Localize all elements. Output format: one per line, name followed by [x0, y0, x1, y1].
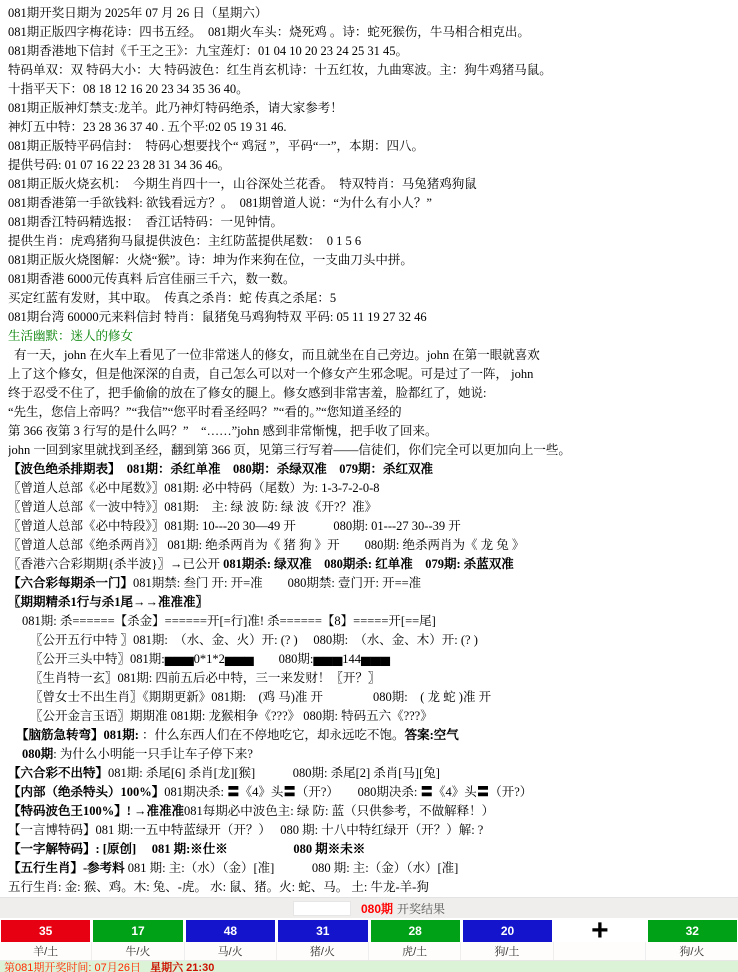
text-lines: 081期开奖日期为 2025年 07 月 26 日（星期六）081期正版四字梅花…	[8, 4, 738, 897]
text-line: 〖期期精杀1行与杀1尾→→准准准〗	[8, 593, 738, 612]
text-line: 081期正版火烧玄机： 今期生肖四十一，山谷深处兰花香。 特双特肖：马兔猪鸡狗鼠	[8, 175, 738, 194]
lottery-text-area: 081期开奖日期为 2025年 07 月 26 日（星期六）081期正版四字梅花…	[0, 0, 738, 897]
result-ball: 28	[371, 920, 460, 942]
result-ball-label: 狗/土	[461, 942, 553, 960]
text-line: john 一回到家里就找到圣经，翻到第 366 页，见第三行写着——信徒们，你们…	[8, 441, 738, 460]
text-line: 081期香港第一手欲钱料: 欲钱看远方？。 081期曾道人说：“为什么有小人？”	[8, 194, 738, 213]
text-line: 特码单双：双 特码大小：大 特码波色：红生肖玄机诗：十五红妆，九曲寒波。主：狗牛…	[8, 61, 738, 80]
text-line: 第 366 夜第 3 行写的是什么吗？” “……”john 感到非常惭愧，把手收…	[8, 422, 738, 441]
text-line: 081期开奖日期为 2025年 07 月 26 日（星期六）	[8, 4, 738, 23]
result-ball-label	[554, 942, 646, 960]
text-line: 〖曾道人总部《绝杀两肖》〗 081期: 绝杀两肖为《 猪 狗 》开 080期: …	[8, 536, 738, 555]
text-line: 神灯五中特：23 28 36 37 40 . 五个平:02 05 19 31 4…	[8, 118, 738, 137]
text-line: 提供生肖：虎鸡猪狗马鼠提供波色：主红防蓝提供尾数： 0 1 5 6	[8, 232, 738, 251]
text-line: 〖公开三头中特〗081期:▅▅▅0*1*2▅▅▅ 080期:▅▅▅144▅▅▅	[8, 650, 738, 669]
text-line: 081期: 杀======【杀金】======开[=行]准! 杀======【8…	[8, 612, 738, 631]
text-line: 〖曾女士不出生肖〗《期期更新》081期: (鸡 马)准 开 080期: ( 龙 …	[8, 688, 738, 707]
text-line: 081期香港地下信封《千王之王》：九宝莲灯：01 04 10 20 23 24 …	[8, 42, 738, 61]
next-draw-bar: 第081期开奖时间: 07月26日 星期六 21:30	[0, 961, 738, 972]
result-ball-label: 虎/土	[369, 942, 461, 960]
text-line: 【六合彩不出特】081期: 杀尾[6] 杀肖[龙][猴] 080期: 杀尾[2]…	[8, 764, 738, 783]
result-ball: 17	[93, 920, 182, 942]
next-draw-time: 第081期开奖时间: 07月26日	[4, 962, 141, 972]
period-input[interactable]	[293, 901, 351, 916]
text-line: 〖公开五行中特 〗081期: （水、金、火）开: (? ) 080期: （水、金…	[8, 631, 738, 650]
plus-separator: +	[555, 920, 644, 942]
text-line: 〖公开金言玉语〗期期准 081期: 龙猴相争《???》 080期: 特码五六《?…	[8, 707, 738, 726]
text-line: 081期香江特码精选报： 香江话特码：一见钟情。	[8, 213, 738, 232]
text-line: 081期正版特平码信封： 特码心想要找个“ 鸡冠 ”，平码“一”，本期：四八。	[8, 137, 738, 156]
text-line: 十指平天下：08 18 12 16 20 23 34 35 36 40。	[8, 80, 738, 99]
text-line: 【脑筋急转弯】081期: ：什么东西人们在不停地吃它，却永远吃不饱。答案:空气	[8, 726, 738, 745]
result-ball: 32	[648, 920, 737, 942]
text-line: 081期台湾 60000元来料信封 特肖：鼠猪兔马鸡狗特双 平码: 05 11 …	[8, 308, 738, 327]
result-header-bar: 080期 开奖结果	[0, 897, 738, 918]
result-ball-label: 羊/土	[0, 942, 92, 960]
result-header-label: 开奖结果	[397, 900, 445, 917]
text-line: 〖香港六合彩期期{杀半波}〗→已公开 081期杀: 绿双准 080期杀: 红单准…	[8, 555, 738, 574]
text-line: 〖曾道人总部《一波中特》〗081期: 主: 绿 波 防: 绿 波《开?？准》	[8, 498, 738, 517]
text-line: 买定红蓝有发财，其中取。 传真之杀肖：蛇 传真之杀尾：5	[8, 289, 738, 308]
text-line: 【内部（绝杀特头）100%】081期决杀: 〓《4》头〓（开?） 080期决杀:…	[8, 783, 738, 802]
text-line: 080期: 为什么小明能一只手让车子停下来?	[8, 745, 738, 764]
result-ball: 35	[1, 920, 90, 942]
text-line: 提供号码: 01 07 16 22 23 28 31 34 36 46。	[8, 156, 738, 175]
text-line: 【特码波色王100%】! →准准准081每期必中波色主: 绿 防: 蓝（只供参考…	[8, 802, 738, 821]
text-line: 【五行生肖】-参考料 081 期: 主:（水）（金）[准] 080 期: 主:（…	[8, 859, 738, 878]
next-draw-weekday: 星期六 21:30	[150, 962, 214, 972]
result-ball: 48	[186, 920, 275, 942]
text-line: 生活幽默：迷人的修女	[8, 327, 738, 346]
result-period: 080期	[361, 900, 393, 917]
result-ball: 20	[463, 920, 552, 942]
result-labels-row: 羊/土牛/火马/火猪/火虎/土狗/土狗/火	[0, 942, 738, 961]
text-line: 【波色绝杀排期表】 081期：杀红单准 080期：杀绿双准 079期：杀红双准	[8, 460, 738, 479]
text-line: 上了这个修女，但是他深深的自责，自己怎么可以对一个修女产生邪念呢。可是过了一阵，…	[8, 365, 738, 384]
text-line: 【一言博特码】081 期:一五中特蓝绿开（开？） 080 期: 十八中特红绿开（…	[8, 821, 738, 840]
text-line: 081期正版神灯禁支:龙羊。此乃神灯特码绝杀，请大家参考！	[8, 99, 738, 118]
result-ball-label: 马/火	[185, 942, 277, 960]
text-line: 【六合彩每期杀一门】081期禁: 叁门 开: 开=准 080期禁: 壹门开: 开…	[8, 574, 738, 593]
text-line: 【一字解特码】: [原创] 081 期:※仕※ 080 期※未※	[8, 840, 738, 859]
text-line: “先生，您信上帝吗？”“我信”“您平时看圣经吗？”“看的。”“您知道圣经的	[8, 403, 738, 422]
text-line: 终于忍受不住了，把手偷偷的放在了修女的腿上。修女感到非常害羞，脸都红了，她说:	[8, 384, 738, 403]
result-balls-row: 351748312820+32	[0, 918, 738, 942]
text-line: 五行生肖: 金: 猴、鸡。木: 兔、-虎。 水: 鼠、猪。火: 蛇、马。 土: …	[8, 878, 738, 897]
text-line: 〖生肖特一玄〗081期: 四前五后必中特，三一来发财！〖开？〗	[8, 669, 738, 688]
text-line: 081期正版四字梅花诗：四书五经。 081期火车头：烧死鸡 。诗：蛇死猴伤，牛马…	[8, 23, 738, 42]
result-ball-label: 狗/火	[646, 942, 738, 960]
text-line: 〖曾道人总部《必中尾数》〗081期: 必中特码（尾数）为: 1-3-7-2-0-…	[8, 479, 738, 498]
result-ball-label: 牛/火	[92, 942, 184, 960]
text-line: 〖曾道人总部《必中特段》〗081期: 10---20 30—49 开 080期:…	[8, 517, 738, 536]
text-line: 081期香港 6000元传真料 后宫佳丽三千六，数一数。	[8, 270, 738, 289]
result-ball: 31	[278, 920, 367, 942]
text-line: 有一天，john 在火车上看见了一位非常迷人的修女，而且就坐在自己旁边。john…	[8, 346, 738, 365]
result-ball-label: 猪/火	[277, 942, 369, 960]
text-line: 081期正版火烧图解：火烧“猴”。诗：坤为作来狗在位，一支曲刀头中拼。	[8, 251, 738, 270]
